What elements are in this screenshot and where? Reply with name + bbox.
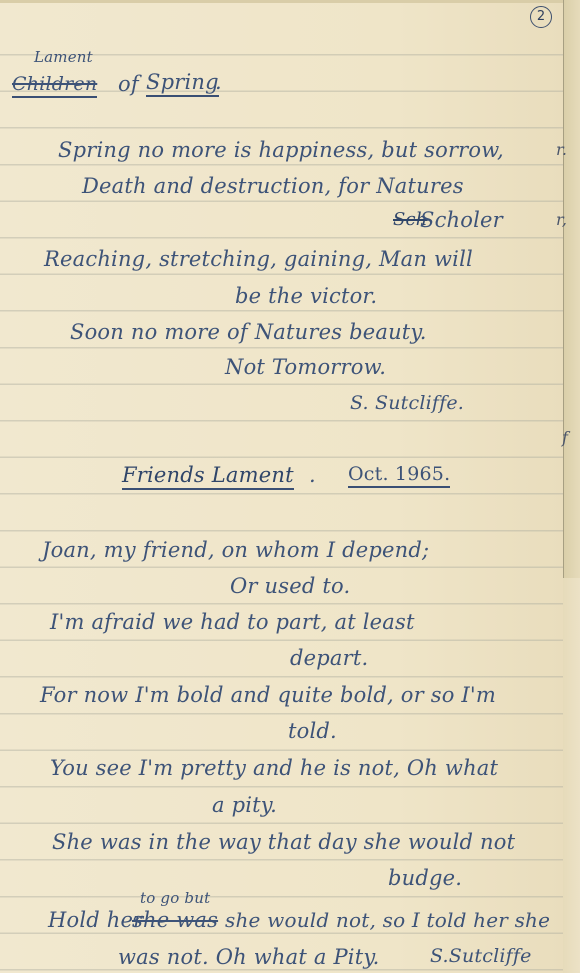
poem1-line-3: Scholer [420, 208, 503, 232]
poem1-line-5: be the victor. [235, 284, 377, 308]
poem2-struck-words: she was [132, 908, 218, 932]
title-of: of [118, 72, 139, 96]
title-spring: Spring [146, 70, 219, 97]
poem2-line-3: I'm afraid we had to part, at least [50, 610, 415, 634]
title-struck-word: Children [12, 73, 97, 98]
poem2-line-2: Or used to. [230, 574, 350, 598]
poem1-line-4: Reaching, stretching, gaining, Man will [44, 247, 473, 271]
page-top-edge [0, 0, 563, 3]
poem2-line-10: budge. [388, 866, 462, 890]
poem2-date: Oct. 1965. [348, 463, 450, 488]
title-period: . [215, 70, 222, 94]
poem2-signature: S.Sutcliffe [430, 945, 532, 967]
poem1-signature: S. Sutcliffe. [350, 392, 464, 414]
margin-mark-1: r. [556, 140, 567, 159]
poem2-final-line: was not. Oh what a Pity. [118, 945, 380, 969]
poem2-line-4: depart. [290, 646, 368, 670]
poem1-line-7: Not Tomorrow. [225, 355, 386, 379]
margin-mark-3: f [562, 428, 568, 447]
poem1-line-2: Death and destruction, for Natures [82, 174, 464, 198]
underlying-page-lower [563, 578, 580, 973]
poem2-last-line-rest: she would not, so I told her she [225, 908, 550, 932]
page-number: 2 [530, 6, 552, 28]
poem2-title-period: . [309, 463, 316, 487]
poem2-line-7: You see I'm pretty and he is not, Oh wha… [50, 756, 498, 780]
poem1-line-6: Soon no more of Natures beauty. [70, 320, 427, 344]
poem2-last-line-start: Hold her [48, 908, 143, 932]
underlying-page-edge [563, 0, 580, 579]
poem2-insertion: to go but [140, 889, 210, 907]
title-insertion-lament: Lament [34, 48, 93, 66]
poem2-line-1: Joan, my friend, on whom I depend; [42, 538, 429, 562]
margin-mark-2: r, [556, 210, 567, 229]
poem2-line-8: a pity. [212, 793, 277, 817]
poem2-line-6: told. [288, 719, 337, 743]
poem2-line-9: She was in the way that day she would no… [52, 830, 515, 854]
poem2-line-5: For now I'm bold and quite bold, or so I… [40, 683, 496, 707]
poem2-title: Friends Lament [122, 463, 294, 490]
poem1-line-1: Spring no more is happiness, but sorrow, [58, 138, 504, 162]
